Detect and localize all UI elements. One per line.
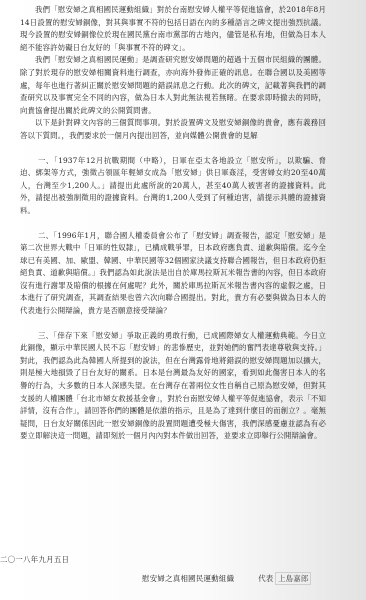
question-2-paragraph: 二、「1996年1月，聯合國人權委員會公布了「慰安婦」調查報告，認定「慰安婦」是… xyxy=(20,230,326,318)
representative-label: 代表 xyxy=(258,573,273,584)
spacer xyxy=(20,218,326,230)
organization-name: 慰安婦之真相國民運動組織 xyxy=(142,573,234,584)
about-paragraph: 我們「慰安婦之真相國民運動」是調查研究慰安婦問題的超過十五個市民組織的團體。除了… xyxy=(20,54,326,117)
spacer xyxy=(20,318,326,330)
representative-name-stamp: 上島嘉郎 xyxy=(275,572,311,585)
signature-block: 慰安婦之真相國民運動組織 代表 上島嘉郎 xyxy=(142,572,311,585)
intro-paragraph: 我們「慰安婦之真相國民運動組織」對於台南慰安婦人權平等促進協會，於2018年8月… xyxy=(20,4,326,54)
question-1-paragraph: 一、「1937年12月抗戰期間（中略），日軍在亞太各地設立「慰安所」，以欺騙、脅… xyxy=(20,155,326,218)
question-3-paragraph: 三、「倖存下來「慰安婦」爭取正義的勇敢行動，已成國際婦女人權運動典範。今日立此銅… xyxy=(20,330,326,443)
spacer xyxy=(20,143,326,155)
representative: 代表 上島嘉郎 xyxy=(258,572,311,585)
letter-date: 二〇一八年九月五日 xyxy=(0,554,69,565)
request-paragraph: 以下是針對碑文內容的三個質問事項。對於設置碑文及慰安婦銅像的貴會，應有義務回答以… xyxy=(20,117,326,142)
letter-page: 我們「慰安婦之真相國民運動組織」對於台南慰安婦人權平等促進協會，於2018年8月… xyxy=(0,0,366,600)
